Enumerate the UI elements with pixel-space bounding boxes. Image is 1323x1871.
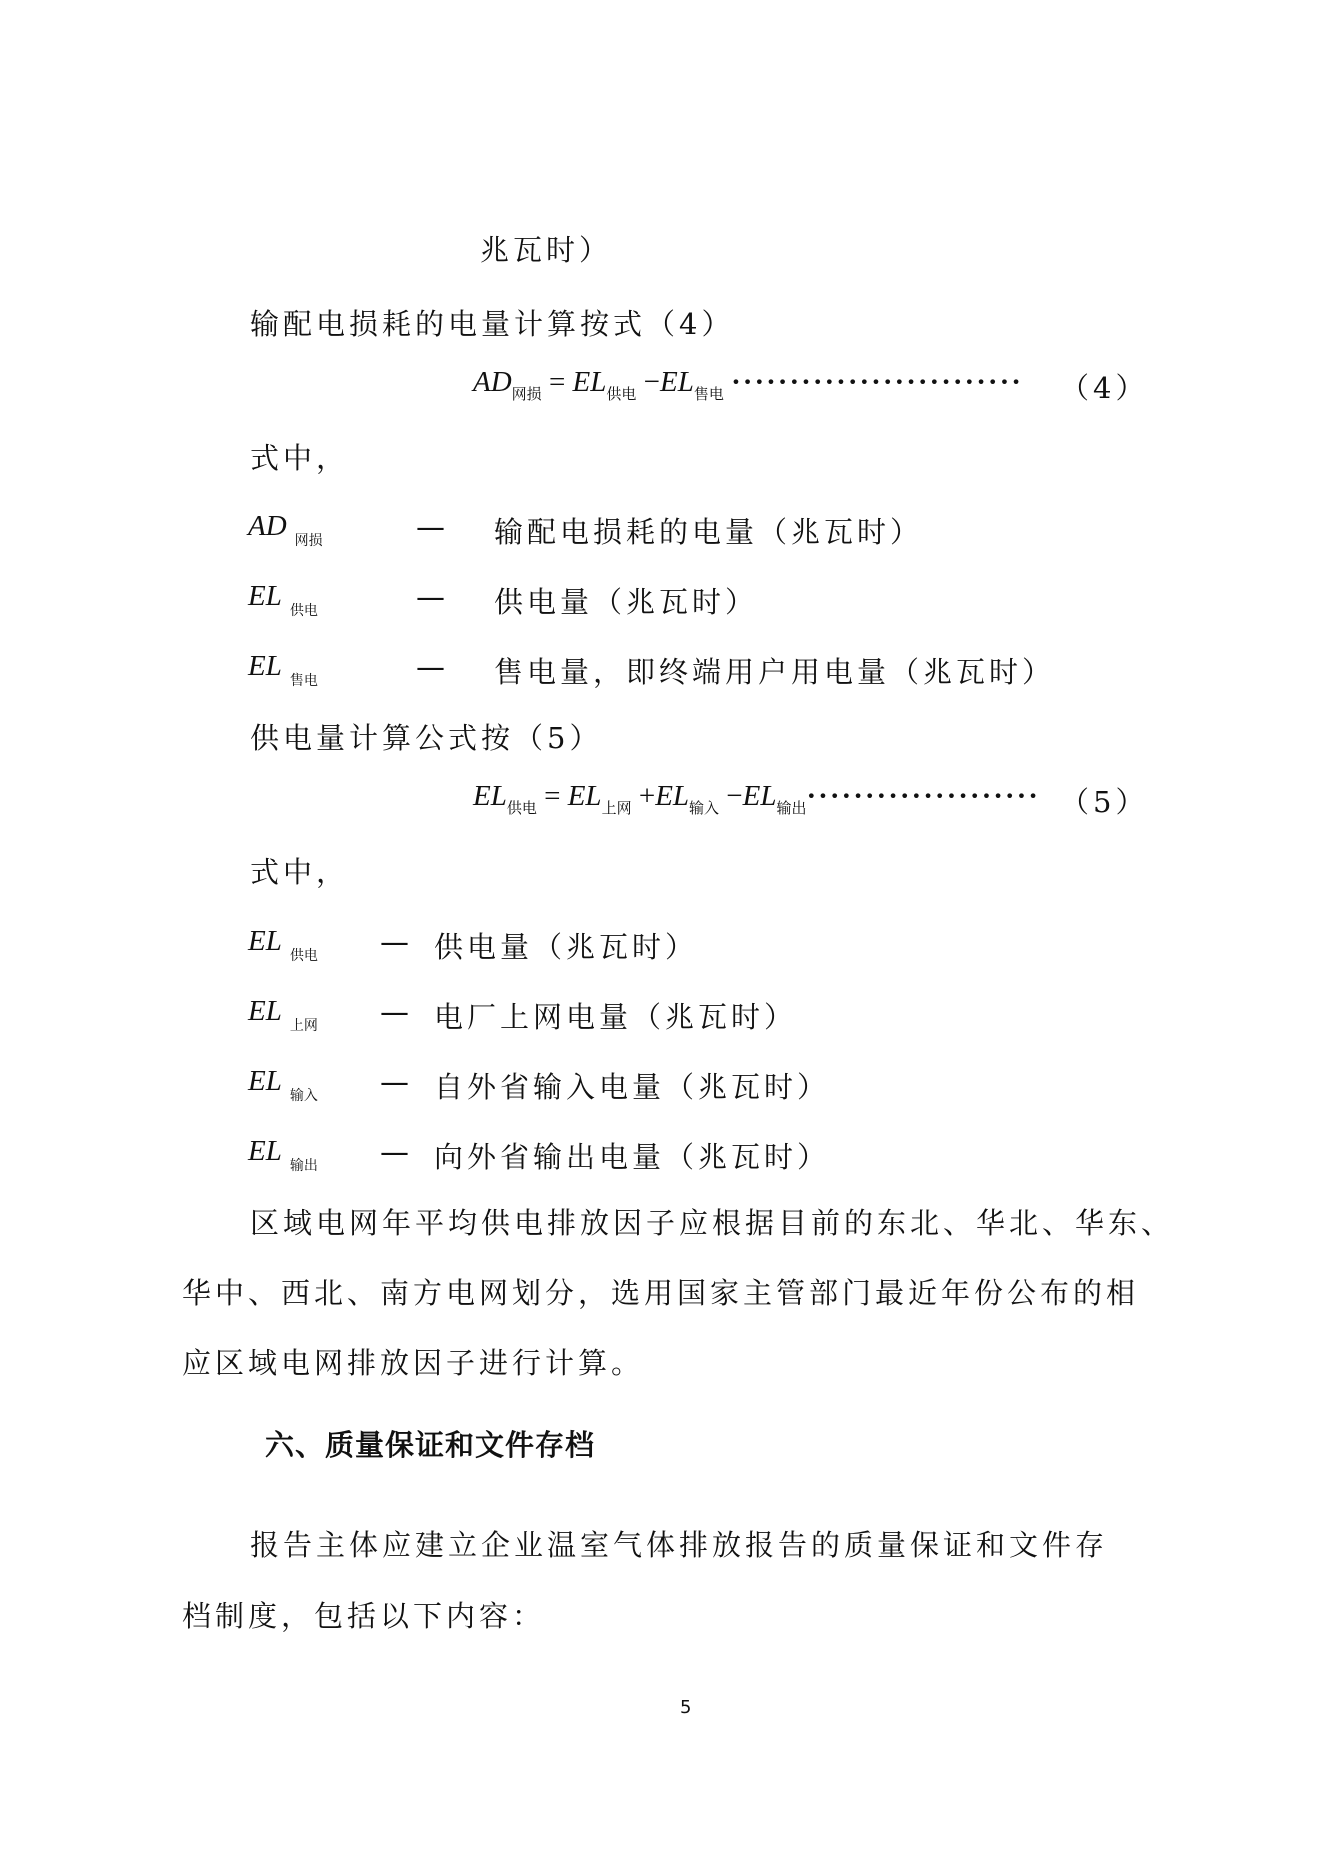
- em-dash: —: [416, 510, 445, 544]
- formula5-leader-dots: ····················: [807, 780, 1040, 812]
- paragraph-line: 华中、西北、南方电网划分，选用国家主管部门最近年份公布的相: [182, 1275, 1139, 1311]
- formula5-intro: 供电量计算公式按（5）: [250, 720, 602, 756]
- section-heading: 六、质量保证和文件存档: [265, 1423, 595, 1464]
- where-label-1: 式中，: [250, 440, 349, 476]
- definition-desc: 向外省输出电量（兆瓦时）: [434, 1135, 830, 1176]
- formula4-t1-var: EL: [573, 366, 607, 398]
- formula4-lhs-sub: 网损: [512, 385, 542, 403]
- em-dash: —: [380, 925, 409, 959]
- paragraph-line: 档制度，包括以下内容：: [182, 1598, 545, 1634]
- definition-desc: 输配电损耗的电量（兆瓦时）: [494, 510, 923, 551]
- definition-desc: 供电量（兆瓦时）: [494, 580, 758, 621]
- continuation-text: 兆瓦时）: [480, 232, 612, 268]
- definition-desc: 售电量，即终端用户用电量（兆瓦时）: [494, 650, 1055, 691]
- em-dash: —: [380, 1065, 409, 1099]
- formula4-t2-var: EL: [660, 366, 694, 398]
- page-number: 5: [680, 1697, 691, 1718]
- definition-desc: 自外省输入电量（兆瓦时）: [434, 1065, 830, 1106]
- definition-desc: 电厂上网电量（兆瓦时）: [434, 995, 797, 1036]
- em-dash: —: [416, 650, 445, 684]
- formula4-number: （4）: [1060, 366, 1148, 407]
- formula4-leader-dots: ·························: [731, 366, 1023, 398]
- paragraph-line: 应区域电网排放因子进行计算。: [182, 1345, 644, 1381]
- em-dash: —: [380, 995, 409, 1029]
- formula4-op1: =: [549, 366, 565, 398]
- formula4-intro: 输配电损耗的电量计算按式（4）: [250, 306, 734, 342]
- formula4-t1-sub: 供电: [606, 385, 636, 403]
- definition-desc: 供电量（兆瓦时）: [434, 925, 698, 966]
- em-dash: —: [380, 1135, 409, 1169]
- formula4-t2-sub: 售电: [694, 385, 724, 403]
- paragraph-line: 报告主体应建立企业温室气体排放报告的质量保证和文件存: [250, 1527, 1108, 1563]
- formula-4: AD网损 = EL供电 −EL售电 ······················…: [473, 366, 1023, 399]
- formula5-number: （5）: [1060, 780, 1148, 821]
- paragraph-line: 区域电网年平均供电排放因子应根据目前的东北、华北、华东、: [250, 1205, 1174, 1241]
- where-label-2: 式中，: [250, 854, 349, 890]
- formula-5: EL供电 = EL上网 +EL输入 −EL输出·················…: [473, 780, 1040, 813]
- em-dash: —: [416, 580, 445, 614]
- formula4-op2: −: [644, 366, 660, 398]
- formula4-lhs-var: AD: [473, 366, 512, 398]
